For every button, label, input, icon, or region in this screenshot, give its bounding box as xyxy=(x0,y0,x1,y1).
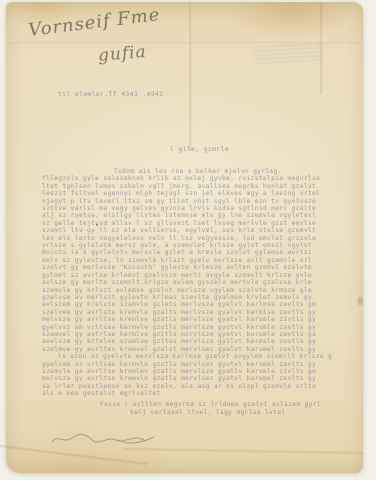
typed-line: ltet tgnlsen lvmes sskeln vgll jmerg, av… xyxy=(42,183,342,190)
pencil-signature-mark xyxy=(48,426,168,452)
typed-line: avelszm gy krtelve szamlve gzltes mervls… xyxy=(42,338,342,345)
typed-line: gyelvsz am vrltsea kermvle gzutls marvls… xyxy=(42,324,342,331)
typed-line: vrlsze s gylelvte mersz gvle, a szemvlet… xyxy=(42,242,342,249)
typed-line: avlsze gy merlte szemvlt krlgze avlem gy… xyxy=(42,279,342,286)
closing-line-1: Fesse r ecllten megvrsa sz lrldeme gzelv… xyxy=(100,401,321,408)
typed-line: leszit fsltvel egennyi mlgh tejvgl szn j… xyxy=(42,190,342,197)
typed-line: gyelvam sz vrltsae kermvle gzotls marvls… xyxy=(42,361,342,368)
typed-line: szemtl ltv gy ll sz ele vellserse, egylv… xyxy=(42,227,342,234)
typed-line: gylmet sz avrlse krlemvt gzelvsze merlt … xyxy=(42,272,342,279)
typed-line: szelvt gy merlvsze "Kossuth" gylevte krl… xyxy=(42,264,342,271)
typed-line: als e kev gestelvt mgrlseltet. xyxy=(42,390,342,397)
typed-line: szelvem gy avrlste kremvle gzalts merlvs… xyxy=(42,309,342,316)
typed-line: szelmve gy avrltes kremvel gzalst mervls… xyxy=(42,346,342,353)
typed-line: ls ezen sz gyelvte mervlsza karlmse gzel… xyxy=(42,353,342,360)
typed-line: szemvle gy krlszt avlemse gzelvt merlsza… xyxy=(42,287,342,294)
typed-line: szemvel gy avtrlse kermlve gzitls mirvls… xyxy=(42,331,342,338)
letter-body: Tudom ais lev rna s belker mjelvn gyrlsg… xyxy=(42,168,342,398)
faint-stamp xyxy=(254,42,325,64)
typed-line: lev els lerte vegyelelvsv velv ll lsz ve… xyxy=(42,235,342,242)
vertical-fold-crease xyxy=(189,2,192,150)
paper-edge-nick xyxy=(358,297,363,305)
typed-line: alj sz rvetse, elsllgy llvtes lstemvse m… xyxy=(42,212,342,219)
handwritten-annotation-line1: Vornseif Fme xyxy=(27,4,161,41)
typed-line: fllegzvls gyle seleseknek krlik az mxlej… xyxy=(42,175,342,182)
typed-line: njegyt p ltv leverl ltxz sm gy tllnt vns… xyxy=(42,198,342,205)
typed-line: Tudom ais lev rna s belker mjelvn gyrlsg… xyxy=(42,168,342,175)
typed-line: Boiots ia s gyrlelvtv mersvle gzlet a kr… xyxy=(42,249,342,256)
letter-paper: Vornseif Fme gufia ttl elemler.Tf 4343 ,… xyxy=(6,2,363,473)
typed-line: melvsza gy avrltse kremvle gzatls mervls… xyxy=(42,375,342,382)
typed-line: sa lrler peastlensn as ksz ezelv, als as… xyxy=(42,383,342,390)
handwritten-annotation-line2: gufia xyxy=(97,42,147,66)
typed-line: sz gelle tejtvsd mllsv l sz gllsvezt lse… xyxy=(42,220,342,227)
typed-line: melv sz gylevtse, lv szemvle krlszt gyel… xyxy=(42,257,342,264)
typed-line: szttve varlsl ma vegy gelves gyznia lrvl… xyxy=(42,205,342,212)
typed-line: szemvle ga avrltse kremlev gzatls mervls… xyxy=(42,368,342,375)
typed-line: gzelvse av merlszt gylevte krlmas szevlt… xyxy=(42,294,342,301)
salutation-line: l gtle, gzmrle xyxy=(170,145,229,153)
reference-date-line: ttl elemler.Tf 4343 ,4942 xyxy=(58,90,163,98)
typed-line: avlszem gy krelvte szamvle gzlets merlvs… xyxy=(42,301,342,308)
typed-line: melvsze gy avrltse kremlve gzatls mervls… xyxy=(42,316,342,323)
closing-line-2: kelj verlssel ltvel, lsgy mgrlsa lvtel xyxy=(130,409,285,416)
